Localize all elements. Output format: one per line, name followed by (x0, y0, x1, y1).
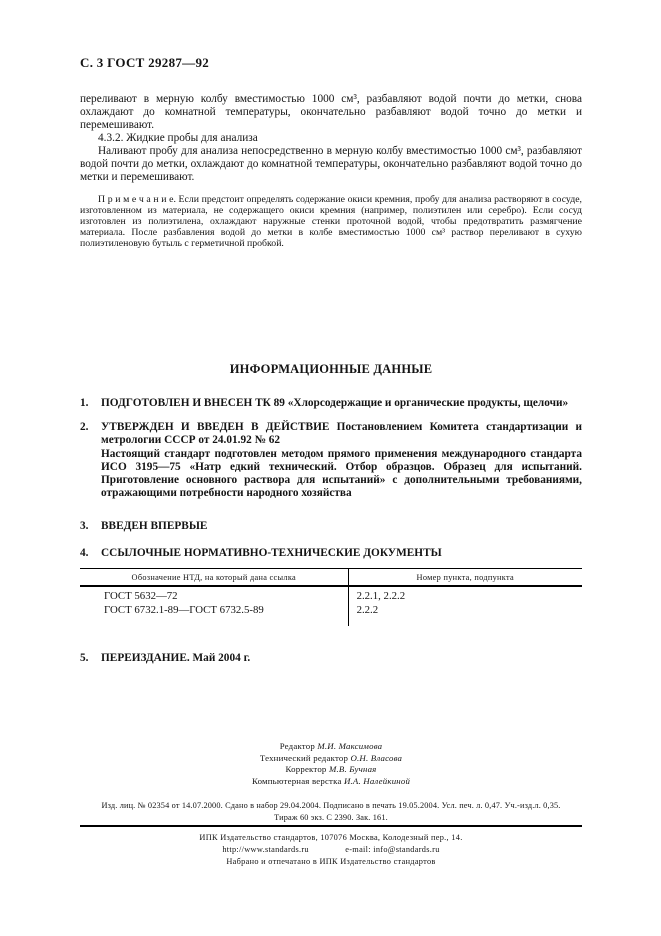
publisher-email: e-mail: info@standards.ru (345, 844, 439, 856)
info-item-2-number: 2. (80, 421, 88, 434)
credit-corrector: Корректор М.В. Бучная (80, 764, 582, 776)
table-row-1-clause: 2.2.1, 2.2.2 (357, 590, 580, 604)
info-item-3-text: ВВЕДЕН ВПЕРВЫЕ (101, 520, 207, 532)
info-item-2: 2. УТВЕРЖДЕН И ВВЕДЕН В ДЕЙСТВИЕ Постано… (80, 421, 582, 447)
table-column-clause: 2.2.1, 2.2.2 2.2.2 (349, 587, 582, 626)
page-header: С. 3 ГОСТ 29287—92 (80, 55, 582, 71)
credit-technical-editor-name: О.Н. Власова (350, 753, 402, 763)
info-item-3-number: 3. (80, 520, 88, 533)
credit-layout: Компьютерная верстка И.А. Налейкиной (80, 776, 582, 788)
imprint-line-tirage: Тираж 60 экз. С 2390. Зак. 161. (80, 812, 582, 824)
publisher-block: ИПК Издательство стандартов, 107076 Моск… (80, 832, 582, 867)
table-header-row: Обозначение НТД, на который дана ссылка … (80, 569, 582, 587)
info-item-1: 1. ПОДГОТОВЛЕН И ВНЕСЕН ТК 89 «Хлорсодер… (80, 397, 582, 410)
credit-corrector-role: Корректор (286, 764, 327, 774)
info-item-2-text: УТВЕРЖДЕН И ВВЕДЕН В ДЕЙСТВИЕ Постановле… (101, 421, 582, 446)
note-paragraph: П р и м е ч а н и е. Если предстоит опре… (80, 194, 582, 249)
publisher-url: http://www.standards.ru (222, 844, 309, 856)
table-row-2-clause: 2.2.2 (357, 604, 580, 618)
info-item-3: 3. ВВЕДЕН ВПЕРВЫЕ (80, 520, 582, 533)
imprint-line-license: Изд. лиц. № 02354 от 14.07.2000. Сдано в… (80, 800, 582, 812)
info-item-2-subparagraph: Настоящий стандарт подготовлен методом п… (80, 448, 582, 500)
info-item-1-number: 1. (80, 397, 88, 410)
credit-corrector-name: М.В. Бучная (329, 764, 377, 774)
info-item-1-text: ПОДГОТОВЛЕН И ВНЕСЕН ТК 89 «Хлорсодержащ… (101, 397, 568, 409)
imprint-block: Изд. лиц. № 02354 от 14.07.2000. Сдано в… (80, 800, 582, 823)
clause-4-3-2-paragraph: Наливают пробу для анализа непосредствен… (80, 145, 582, 184)
paragraph-continuation: переливают в мерную колбу вместимостью 1… (80, 93, 582, 132)
table-header-clause: Номер пункта, подпункта (349, 569, 582, 585)
credit-editor: Редактор М.И. Максимова (80, 741, 582, 753)
table-row-1-ntd: ГОСТ 5632—72 (104, 590, 344, 604)
table-header-ntd: Обозначение НТД, на который дана ссылка (80, 569, 349, 585)
table-column-ntd: ГОСТ 5632—72 ГОСТ 6732.1-89—ГОСТ 6732.5-… (80, 587, 349, 626)
table-body: ГОСТ 5632—72 ГОСТ 6732.1-89—ГОСТ 6732.5-… (80, 587, 582, 626)
credit-editor-role: Редактор (280, 741, 315, 751)
credit-technical-editor: Технический редактор О.Н. Власова (80, 753, 582, 765)
table-row-2-ntd: ГОСТ 6732.1-89—ГОСТ 6732.5-89 (104, 604, 344, 618)
publisher-contacts: http://www.standards.ru e-mail: info@sta… (80, 844, 582, 856)
document-page: С. 3 ГОСТ 29287—92 переливают в мерную к… (0, 0, 661, 936)
credit-technical-editor-role: Технический редактор (260, 753, 348, 763)
publisher-address: ИПК Издательство стандартов, 107076 Моск… (80, 832, 582, 844)
publisher-printed-at: Набрано и отпечатано в ИПК Издательство … (80, 856, 582, 868)
credit-layout-role: Компьютерная верстка (252, 776, 342, 786)
info-item-5-number: 5. (80, 652, 88, 665)
info-item-4-number: 4. (80, 547, 88, 560)
info-item-5-text: ПЕРЕИЗДАНИЕ. Май 2004 г. (101, 652, 250, 664)
credits-block: Редактор М.И. Максимова Технический реда… (80, 741, 582, 787)
info-section-title: ИНФОРМАЦИОННЫЕ ДАННЫЕ (80, 362, 582, 377)
info-item-4: 4. ССЫЛОЧНЫЕ НОРМАТИВНО-ТЕХНИЧЕСКИЕ ДОКУ… (80, 547, 582, 560)
credit-layout-name: И.А. Налейкиной (344, 776, 410, 786)
info-item-5: 5. ПЕРЕИЗДАНИЕ. Май 2004 г. (80, 652, 582, 665)
footer-divider-line (80, 825, 582, 827)
clause-4-3-2-heading: 4.3.2. Жидкие пробы для анализа (80, 132, 582, 145)
credit-editor-name: М.И. Максимова (317, 741, 382, 751)
reference-documents-table: Обозначение НТД, на который дана ссылка … (80, 568, 582, 626)
info-item-4-text: ССЫЛОЧНЫЕ НОРМАТИВНО-ТЕХНИЧЕСКИЕ ДОКУМЕН… (101, 547, 442, 559)
